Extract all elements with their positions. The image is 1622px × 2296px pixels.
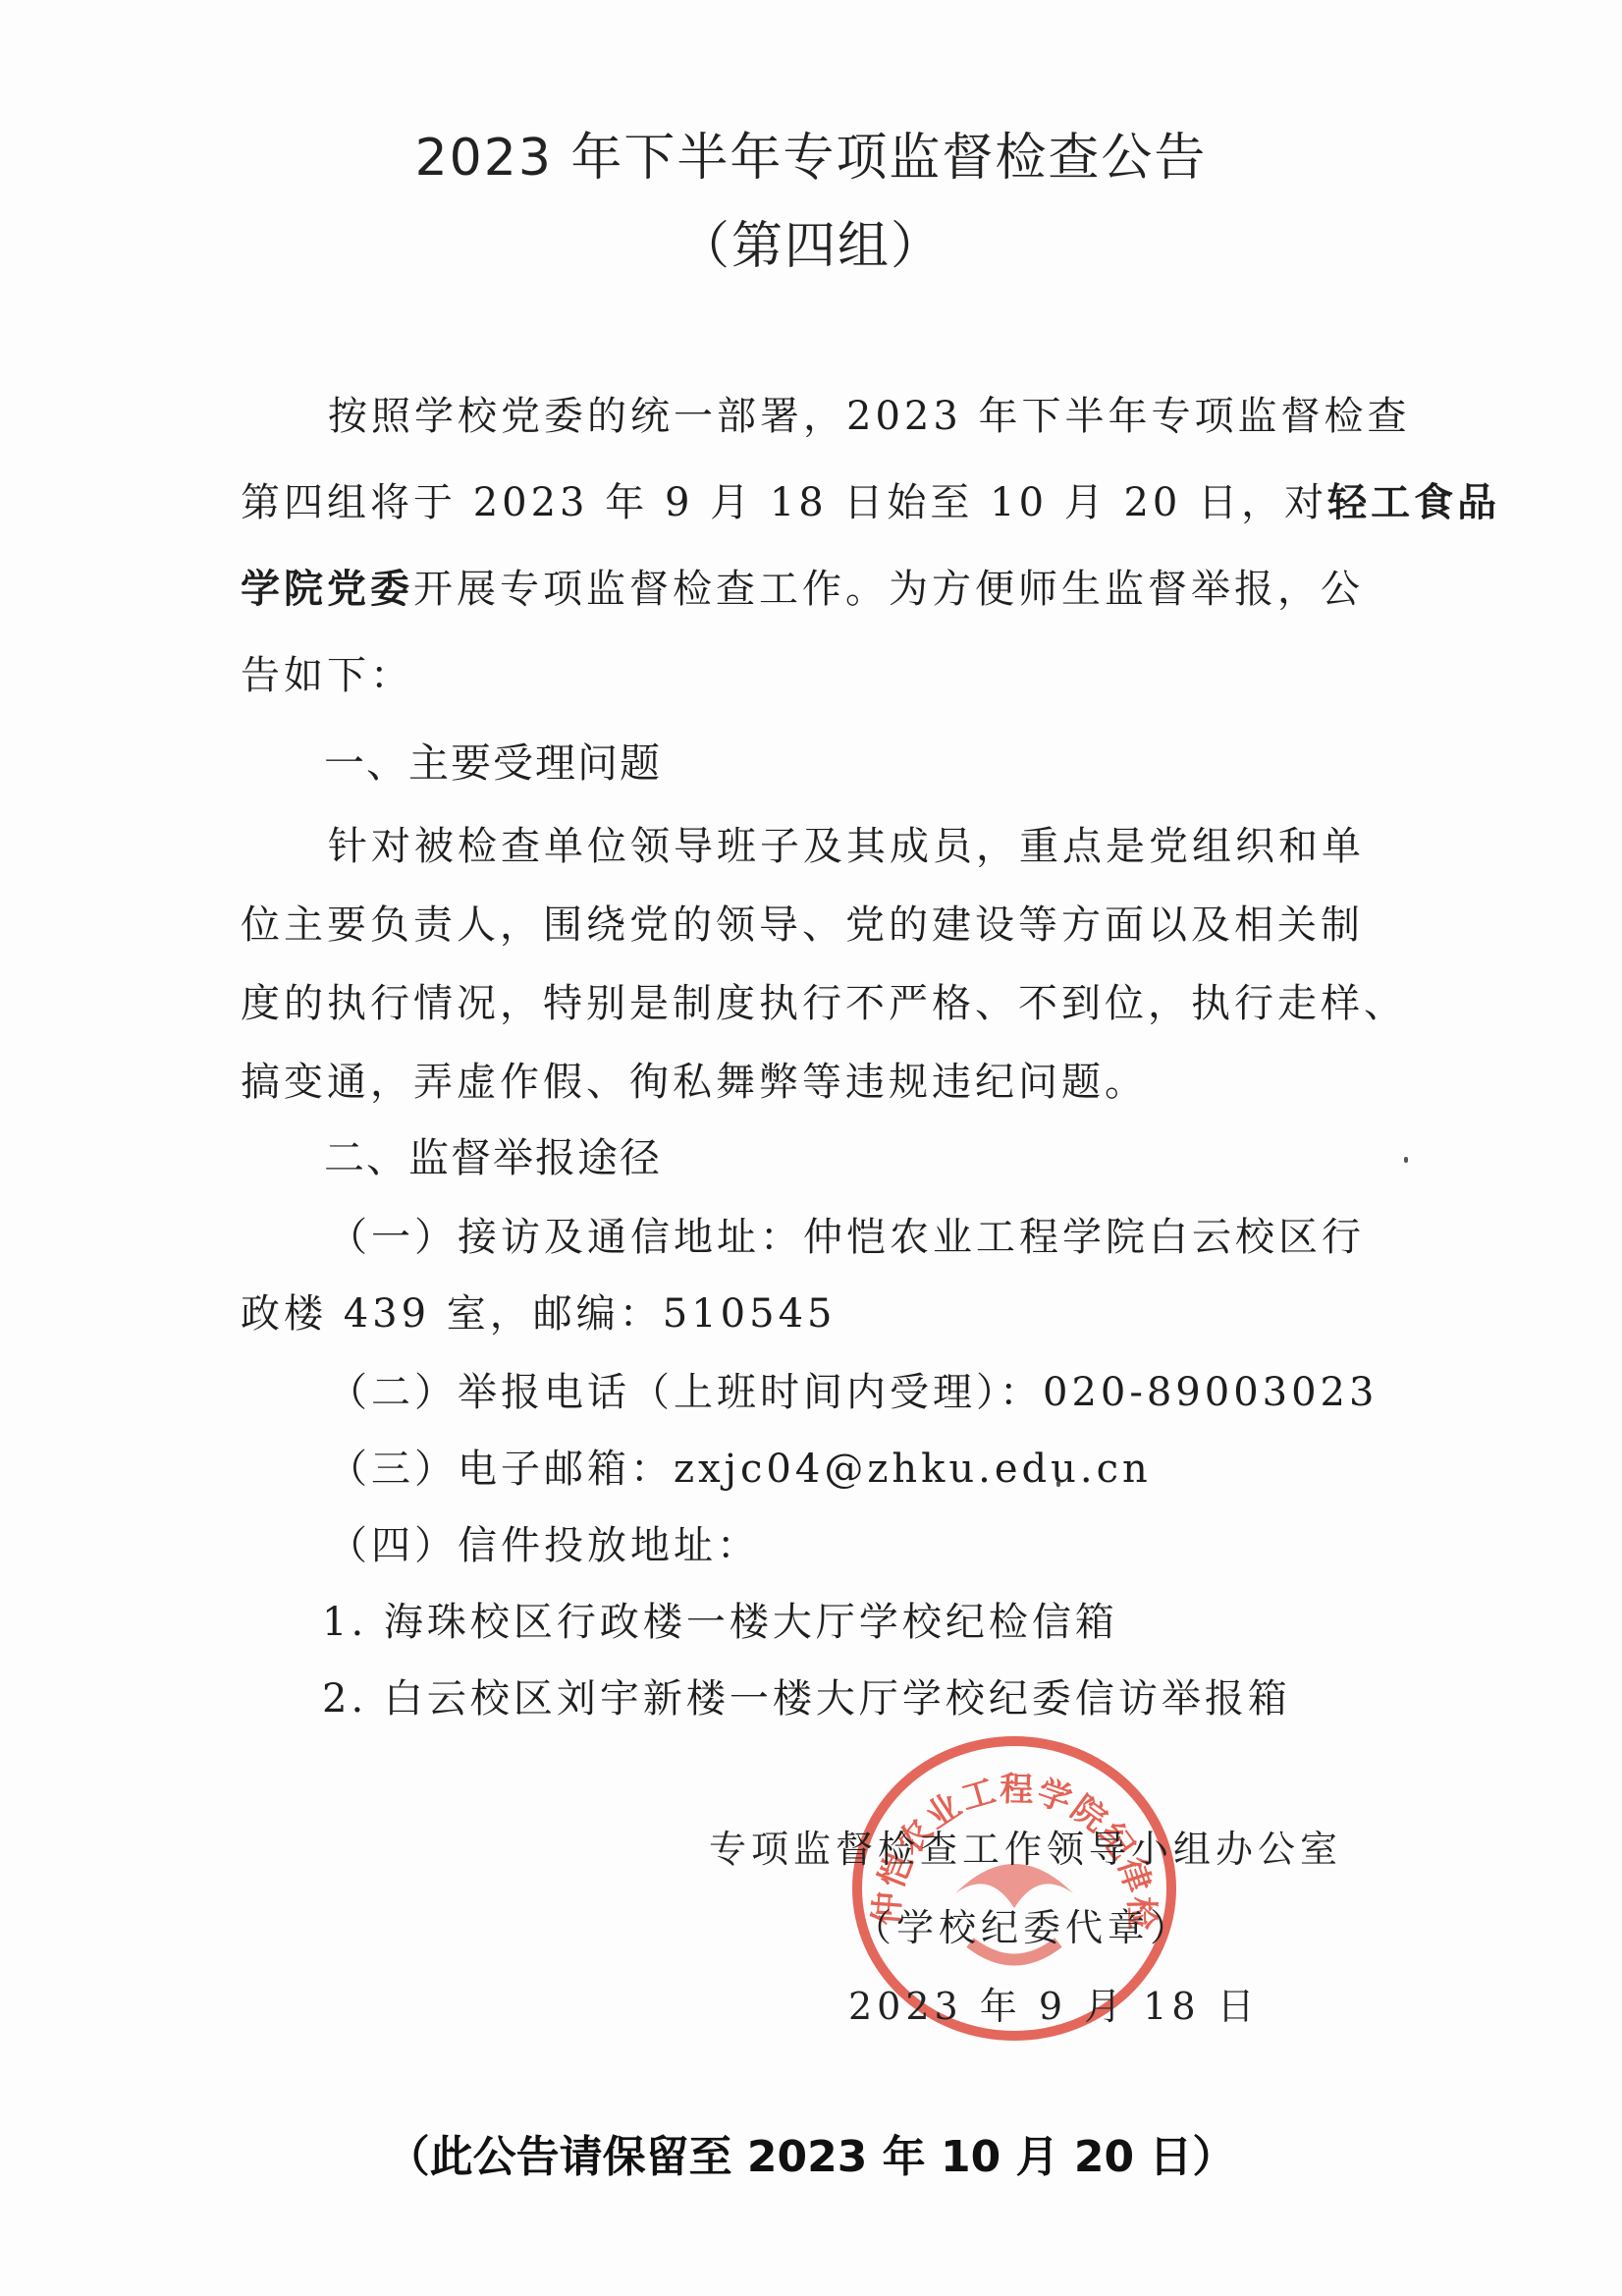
contact-address-line-1: （一）接访及通信地址：仲恺农业工程学院白云校区行 [328, 1206, 1365, 1262]
section-1-heading: 一、主要受理问题 [324, 731, 662, 789]
scan-artifact [1404, 1157, 1408, 1163]
contact-address-line-2: 政楼 439 室，邮编：510545 [241, 1283, 836, 1339]
mailbox-item-2: 2. 白云校区刘宇新楼一楼大厅学校纪委信访举报箱 [322, 1667, 1291, 1723]
document-title: 2023 年下半年专项监督检查公告 [0, 116, 1622, 190]
contact-email: （三）电子邮箱：zxjc04@zhku.edu.cn [328, 1438, 1152, 1494]
issuing-office: 专项监督检查工作领导小组办公室 [709, 1819, 1342, 1873]
section-2-heading: 二、监督举报途径 [324, 1125, 662, 1183]
section-1-line-4: 搞变通，弄虚作假、徇私舞弊等违规违纪问题。 [241, 1051, 1148, 1107]
intro-line-3-text: 开展专项监督检查工作。为方便师生监督举报，公 [413, 567, 1364, 612]
announcement-page: 2023 年下半年专项监督检查公告 （第四组） 按照学校党委的统一部署，2023… [0, 0, 1622, 2296]
section-1-line-3: 度的执行情况，特别是制度执行不严格、不到位，执行走样、 [241, 972, 1407, 1028]
target-unit-part1: 轻工食品 [1327, 480, 1500, 525]
mailbox-heading: （四）信件投放地址： [328, 1514, 760, 1570]
seal-note: （学校纪委代章） [854, 1897, 1192, 1951]
intro-line-4: 告如下： [241, 644, 413, 700]
section-1-line-2: 位主要负责人，围绕党的领导、党的建设等方面以及相关制 [241, 894, 1364, 950]
intro-line-2: 第四组将于 2023 年 9 月 18 日始至 10 月 20 日，对轻工食品 [241, 471, 1500, 527]
intro-line-1: 按照学校党委的统一部署，2023 年下半年专项监督检查 [328, 385, 1411, 441]
target-unit-part2: 学院党委 [241, 567, 413, 612]
document-subtitle: （第四组） [0, 204, 1622, 278]
section-1-line-1: 针对被检查单位领导班子及其成员，重点是党组织和单 [328, 815, 1365, 871]
scan-artifact [1056, 1481, 1060, 1487]
retention-notice: （此公告请保留至 2023 年 10 月 20 日） [0, 2121, 1622, 2184]
intro-line-3: 学院党委开展专项监督检查工作。为方便师生监督举报，公 [241, 558, 1364, 614]
mailbox-item-1: 1. 海珠校区行政楼一楼大厅学校纪检信箱 [322, 1591, 1118, 1647]
issue-date: 2023 年 9 月 18 日 [848, 1976, 1260, 2030]
intro-line-2-text: 第四组将于 2023 年 9 月 18 日始至 10 月 20 日，对 [241, 480, 1327, 525]
contact-phone: （二）举报电话（上班时间内受理）：020-89003023 [328, 1361, 1378, 1417]
